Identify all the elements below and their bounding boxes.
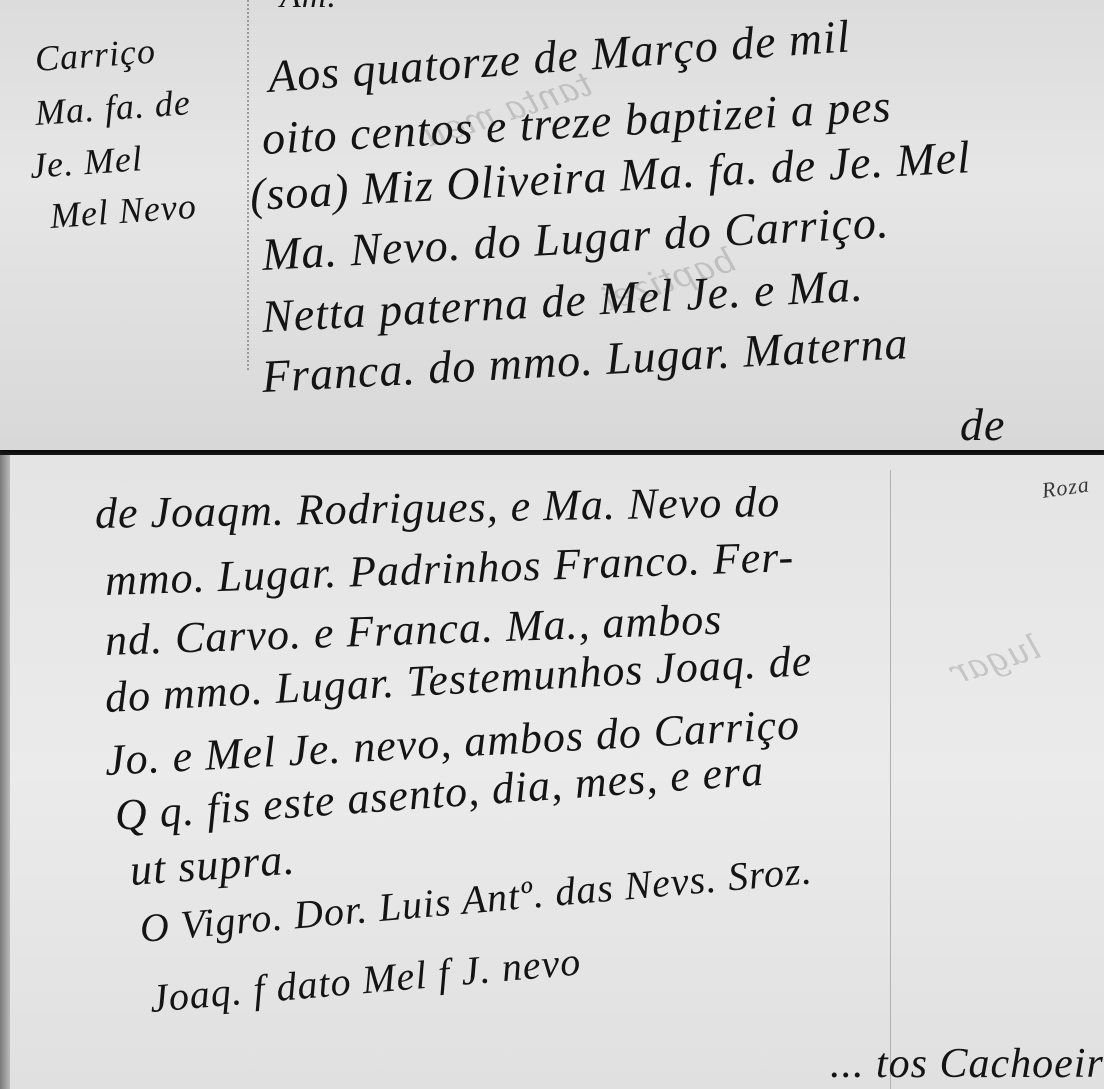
bottom-edge-fragment: ... tos Cachoeira bbox=[830, 1040, 1104, 1088]
margin-rule-lower bbox=[890, 470, 891, 1089]
margin-note-line: Je. Mel bbox=[29, 137, 145, 187]
margin-note-line: Carriço bbox=[34, 30, 158, 80]
header-fragment: Am. bbox=[280, 0, 337, 16]
record-line: de bbox=[960, 398, 1005, 451]
